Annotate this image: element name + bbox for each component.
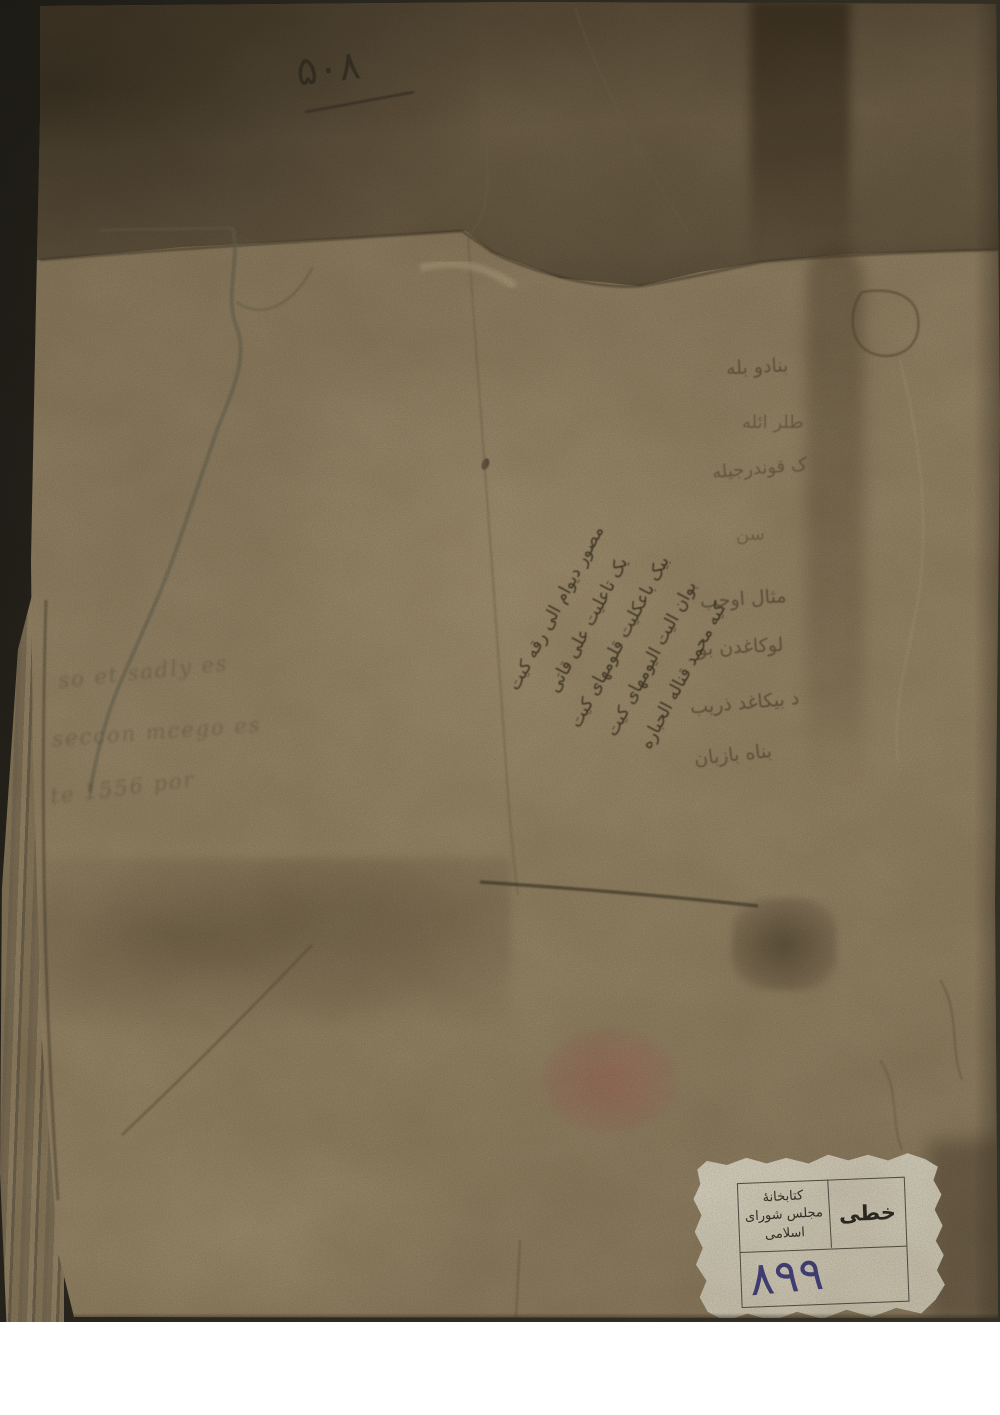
bottom-right-wrinkle-2 — [880, 1060, 902, 1150]
sticker-top-row: کتابخانهٔ مجلس شورای اسلامی خطی — [738, 1178, 907, 1253]
faded-note-line: بنادو بله — [725, 354, 788, 379]
manuscript-scan: ۵۰۸ مصور دیوام الی رقه کیت یک تاعلیت علی… — [0, 0, 1000, 1322]
sticker-table: کتابخانهٔ مجلس شورای اسلامی خطی ۸۹۹ — [737, 1177, 910, 1308]
library-name-line: مجلس شورای — [745, 1205, 824, 1228]
library-name-cell: کتابخانهٔ مجلس شورای اسلامی — [737, 1180, 831, 1253]
bottom-page-edge-shadow — [56, 1313, 1000, 1322]
library-name-line: اسلامی — [765, 1224, 806, 1245]
bottom-left-speckle-cloud — [40, 858, 510, 1053]
light-streak — [420, 264, 515, 286]
shelf-number: ۸۹۹ — [739, 1250, 825, 1303]
top-right-stain-band — [750, 0, 850, 262]
faded-note-line: طلر ائله — [742, 412, 804, 433]
pencil-shelf-mark: ۵۰۸ — [293, 42, 363, 96]
sticker-number-row: ۸۹۹ — [741, 1246, 909, 1307]
library-name-line: کتابخانهٔ — [762, 1187, 804, 1208]
book-cover-page: ۵۰۸ مصور دیوام الی رقه کیت یک تاعلیت علی… — [0, 0, 1000, 1322]
mid-right-dark-patch — [732, 898, 837, 990]
branch-crease-main — [90, 228, 241, 792]
bottom-left-light-patch — [30, 1130, 460, 1322]
library-sticker: کتابخانهٔ مجلس شورای اسلامی خطی ۸۹۹ — [692, 1150, 946, 1322]
right-long-crease — [897, 360, 923, 760]
bottom-right-wrinkle-1 — [940, 980, 962, 1080]
dark-top-band-stain — [0, 0, 1000, 292]
mid-seam — [480, 882, 758, 906]
manuscript-type-cell: خطی — [828, 1178, 906, 1248]
scanner-bottom-margin — [0, 1322, 1000, 1415]
right-speckle-strip — [806, 248, 864, 808]
faded-note-line: لوکاغدن بو — [697, 634, 783, 660]
faded-scrawl-line: te 1556 por — [49, 767, 197, 809]
red-stain — [542, 1028, 677, 1133]
bottom-vertical-crease — [516, 1240, 520, 1318]
faded-scrawl-line: seccon mcego es — [51, 713, 262, 752]
right-edge-shadow — [974, 0, 1000, 1322]
faded-note-line: سن — [736, 524, 765, 545]
faded-scrawl-line: so et sadly es — [57, 651, 229, 693]
